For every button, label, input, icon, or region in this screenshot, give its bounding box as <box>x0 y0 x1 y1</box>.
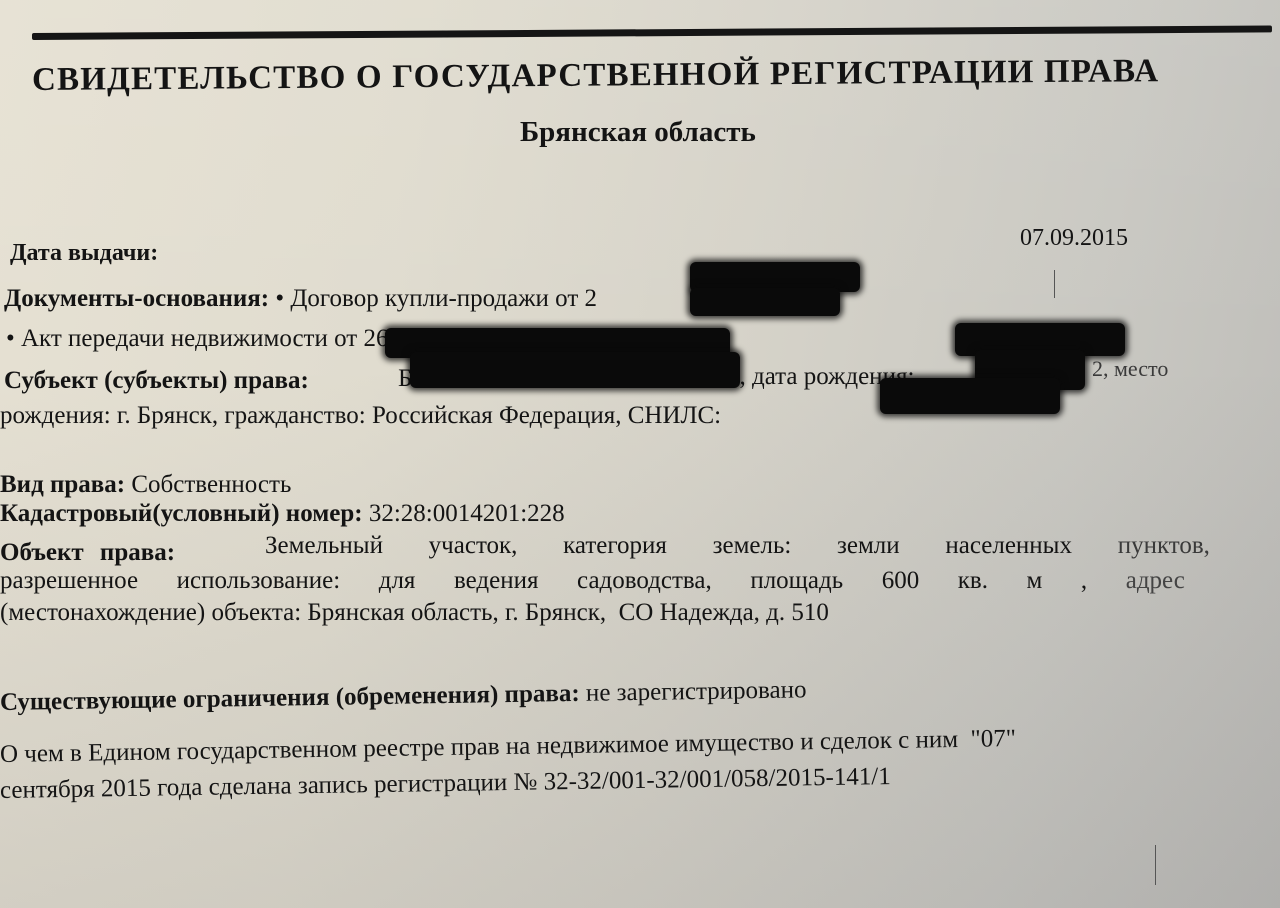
basis-documents-label: Документы-основания: <box>4 285 269 312</box>
redaction-block <box>690 288 840 316</box>
cadastral-number-label: Кадастровый(условный) номер: <box>0 500 363 527</box>
registry-note-line: О чем в Едином государственном реестре п… <box>0 726 1016 767</box>
redaction-block <box>880 378 1060 414</box>
redaction-block <box>410 352 740 388</box>
issue-date-value: 07.09.2015 <box>1020 226 1128 250</box>
subject-birthplace-label: 2, место <box>1092 358 1168 380</box>
right-type-label: Вид права: <box>0 471 125 498</box>
object-address: (местонахождение) объекта: Брянская обла… <box>0 600 829 625</box>
pen-mark <box>1054 270 1055 298</box>
basis-documents-row: Документы-основания: • Договор купли-про… <box>4 286 597 311</box>
object-label: Объект права: <box>0 540 175 565</box>
object-description-line: Земельный участок, категория земель: зем… <box>265 533 1210 558</box>
document-title: СВИДЕТЕЛЬСТВО О ГОСУДАРСТВЕННОЙ РЕГИСТРА… <box>32 55 1159 97</box>
encumbrances-value: не зарегистрировано <box>586 676 807 706</box>
subject-details: рождения: г. Брянск, гражданство: Россий… <box>0 403 721 428</box>
certificate-document: СВИДЕТЕЛЬСТВО О ГОСУДАРСТВЕННОЙ РЕГИСТРА… <box>0 0 1280 908</box>
encumbrances-row: Существующие ограничения (обременения) п… <box>0 677 807 715</box>
registry-note-line: сентября 2015 года сделана запись регист… <box>0 764 891 803</box>
cadastral-number-value: 32:28:0014201:228 <box>369 500 565 527</box>
object-description-line: разрешенное использование: для ведения с… <box>0 568 1185 593</box>
subject-label: Субъект (субъекты) права: <box>4 368 309 393</box>
right-type-value: Собственность <box>131 471 291 498</box>
basis-document-item: • Акт передачи недвижимости от 26.08.2 <box>6 326 438 351</box>
basis-document-item: • Договор купли-продажи от 2 <box>275 285 597 312</box>
encumbrances-label: Существующие ограничения (обременения) п… <box>0 680 580 716</box>
cadastral-number-row: Кадастровый(условный) номер: 32:28:00142… <box>0 501 565 526</box>
right-type-row: Вид права: Собственность <box>0 472 291 497</box>
top-rule <box>32 25 1272 40</box>
pen-mark <box>1155 845 1156 885</box>
document-region: Брянская область <box>520 118 756 147</box>
issue-date-label: Дата выдачи: <box>10 241 158 265</box>
